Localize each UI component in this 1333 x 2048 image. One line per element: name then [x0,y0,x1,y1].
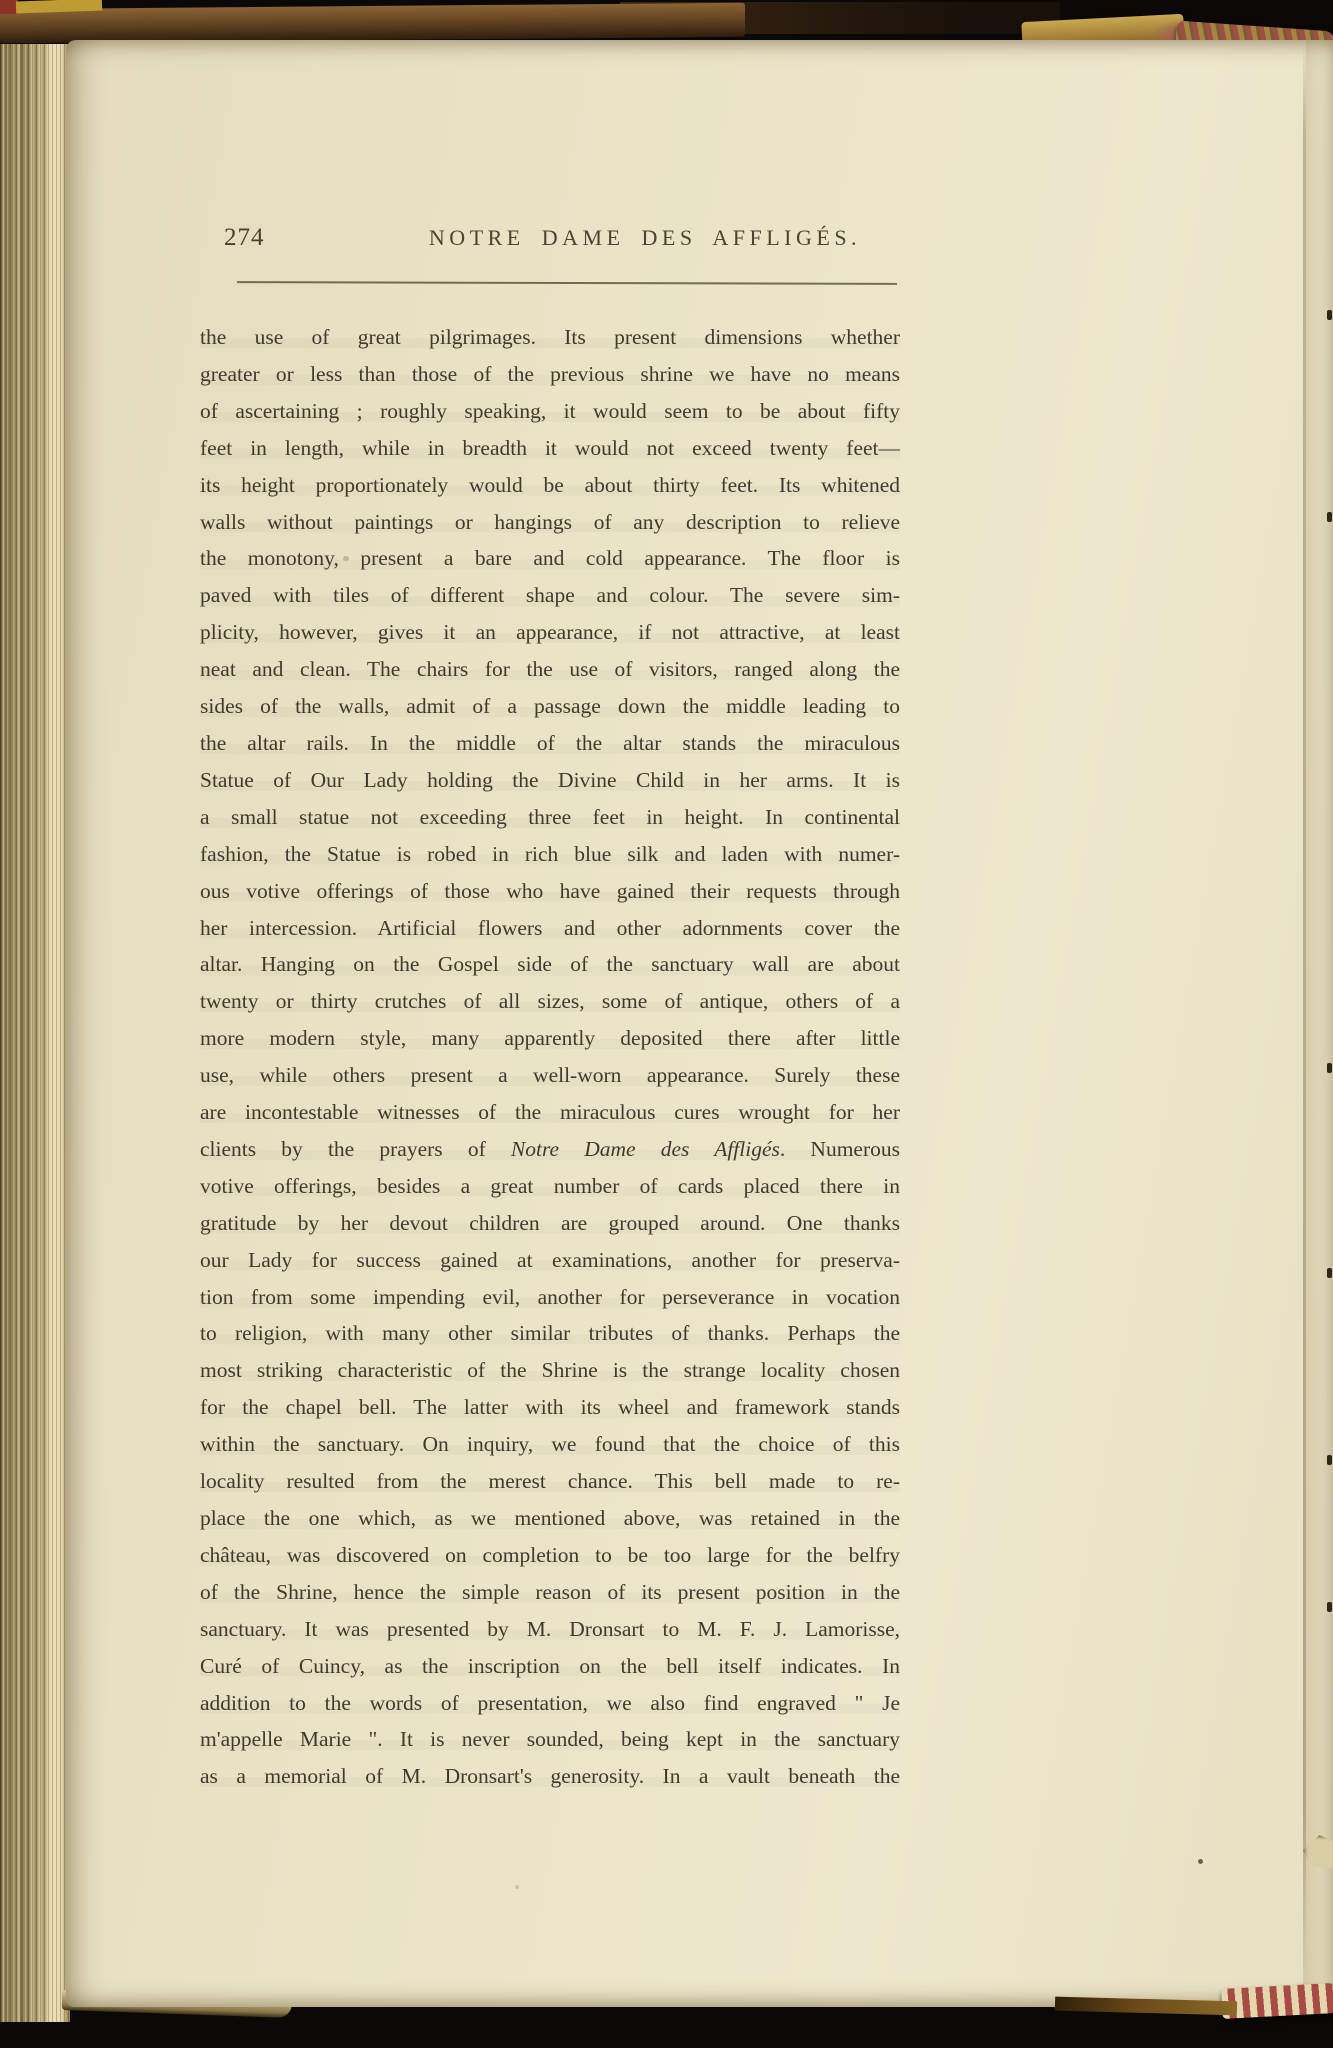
text-line: of the Shrine, hence the simple reason o… [200,1574,900,1611]
text-segment: of the Shrine, hence the simple reason o… [200,1580,900,1604]
fore-edge-speck [1327,1063,1332,1073]
text-line: clients by the prayers of Notre Dame des… [200,1131,900,1168]
text-segment: addition to the words of presentation, w… [200,1691,900,1715]
text-segment: château, was discovered on completion to… [200,1543,900,1567]
text-segment: within the sanctuary. On inquiry, we fou… [200,1432,900,1456]
text-line: fashion, the Statue is robed in rich blu… [200,836,900,873]
text-segment: the altar rails. In the middle of the al… [200,731,900,755]
endband-bottom [1221,1983,1333,2019]
text-line: a small statue not exceeding three feet … [200,799,900,836]
text-segment: feet in length, while in breadth it woul… [200,436,900,460]
text-line: sides of the walls, admit of a passage d… [200,688,900,725]
text-line: its height proportionately would be abou… [200,467,900,504]
text-line: the altar rails. In the middle of the al… [200,725,900,762]
text-line: locality resulted from the merest chance… [200,1463,900,1500]
text-segment: as a memorial of M. Dronsart's generosit… [200,1764,900,1788]
body-text: the use of great pilgrimages. Its presen… [200,319,900,1795]
text-line: addition to the words of presentation, w… [200,1685,900,1722]
text-segment: m'appelle Marie ". It is never sounded, … [200,1727,900,1751]
page-fold-shade [1306,40,1333,2007]
text-line: plicity, however, gives it an appearance… [200,614,900,651]
text-line: more modern style, many apparently depos… [200,1020,900,1057]
text-line: the use of great pilgrimages. Its presen… [200,319,900,356]
text-segment: greater or less than those of the previo… [200,362,900,386]
text-line: greater or less than those of the previo… [200,356,900,393]
foxing-spot [515,1885,519,1889]
text-line: m'appelle Marie ". It is never sounded, … [200,1721,900,1758]
text-line: gratitude by her devout children are gro… [200,1205,900,1242]
text-segment: more modern style, many apparently depos… [200,1026,900,1050]
text-line: the monotony, present a bare and cold ap… [200,540,900,577]
text-line: neat and clean. The chairs for the use o… [200,651,900,688]
text-segment: most striking characteristic of the Shri… [200,1358,900,1382]
text-line: use, while others present a well-worn ap… [200,1057,900,1094]
text-line: to religion, with many other similar tri… [200,1315,900,1352]
text-segment: walls without paintings or hangings of a… [200,510,900,534]
text-line: tion from some impending evil, another f… [200,1279,900,1316]
text-line: for the chapel bell. The latter with its… [200,1389,900,1426]
text-line: walls without paintings or hangings of a… [200,504,900,541]
text-segment: Statue of Our Lady holding the Divine Ch… [200,768,900,792]
text-line: within the sanctuary. On inquiry, we fou… [200,1426,900,1463]
text-line: her intercession. Artificial flowers and… [200,910,900,947]
fore-edge-speck [1327,1602,1332,1612]
text-segment: sides of the walls, admit of a passage d… [200,694,900,718]
text-segment: twenty or thirty crutches of all sizes, … [200,989,900,1013]
page-number: 274 [224,224,265,252]
fore-edge-speck [1327,310,1332,320]
text-segment: a small statue not exceeding three feet … [200,805,900,829]
text-line: château, was discovered on completion to… [200,1537,900,1574]
foxing-spot [1198,1859,1203,1864]
page-fold-crease [1303,40,1306,2007]
text-line: of ascertaining ; roughly speaking, it w… [200,393,900,430]
text-segment: place the one which, as we mentioned abo… [200,1506,900,1530]
page-edge-stack-left [0,44,70,2022]
text-segment: her intercession. Artificial flowers and… [200,916,900,940]
text-segment: its height proportionately would be abou… [200,473,900,497]
text-line: Statue of Our Lady holding the Divine Ch… [200,762,900,799]
text-segment: to religion, with many other similar tri… [200,1321,900,1345]
text-line: twenty or thirty crutches of all sizes, … [200,983,900,1020]
book-photo: 274 NOTRE DAME DES AFFLIGÉS. the use of … [0,0,1333,2048]
text-segment: gratitude by her devout children are gro… [200,1211,900,1235]
fore-edge-speck [1327,1455,1332,1465]
text-segment: of ascertaining ; roughly speaking, it w… [200,399,900,423]
text-segment: for the chapel bell. The latter with its… [200,1395,900,1419]
text-segment: our Lady for success gained at examinati… [200,1248,900,1272]
text-line: most striking characteristic of the Shri… [200,1352,900,1389]
italic-phrase: Notre Dame des Affligés [511,1137,780,1161]
text-segment: are incontestable witnesses of the mirac… [200,1100,900,1124]
text-segment: votive offerings, besides a great number… [200,1174,900,1198]
text-segment: neat and clean. The chairs for the use o… [200,657,900,681]
text-line: our Lady for success gained at examinati… [200,1242,900,1279]
text-segment: locality resulted from the merest chance… [200,1469,900,1493]
text-segment: the monotony, present a bare and cold ap… [200,546,900,570]
text-segment: plicity, however, gives it an appearance… [200,620,900,644]
text-line: feet in length, while in breadth it woul… [200,430,900,467]
text-segment: . Numerous [780,1137,900,1161]
text-segment: altar. Hanging on the Gospel side of the… [200,952,900,976]
text-line: Curé of Cuincy, as the inscription on th… [200,1648,900,1685]
text-line: ous votive offerings of those who have g… [200,873,900,910]
text-segment: the use of great pilgrimages. Its presen… [200,325,900,349]
text-line: are incontestable witnesses of the mirac… [200,1094,900,1131]
text-line: votive offerings, besides a great number… [200,1168,900,1205]
text-line: altar. Hanging on the Gospel side of the… [200,946,900,983]
text-segment: sanctuary. It was presented by M. Dronsa… [200,1617,900,1641]
text-segment: fashion, the Statue is robed in rich blu… [200,842,900,866]
fore-edge-speck [1327,1268,1332,1278]
book-cover-top-leather [0,3,745,44]
running-header: NOTRE DAME DES AFFLIGÉS. [385,225,905,251]
text-segment: use, while others present a well-worn ap… [200,1063,900,1087]
text-segment: paved with tiles of different shape and … [200,583,900,607]
fore-edge-speck [1327,512,1332,522]
text-line: place the one which, as we mentioned abo… [200,1500,900,1537]
text-line: as a memorial of M. Dronsart's generosit… [200,1758,900,1795]
text-segment: clients by the prayers of [200,1137,511,1161]
text-line: paved with tiles of different shape and … [200,577,900,614]
text-segment: ous votive offerings of those who have g… [200,879,900,903]
text-segment: tion from some impending evil, another f… [200,1285,900,1309]
text-segment: Curé of Cuincy, as the inscription on th… [200,1654,900,1678]
text-line: sanctuary. It was presented by M. Dronsa… [200,1611,900,1648]
